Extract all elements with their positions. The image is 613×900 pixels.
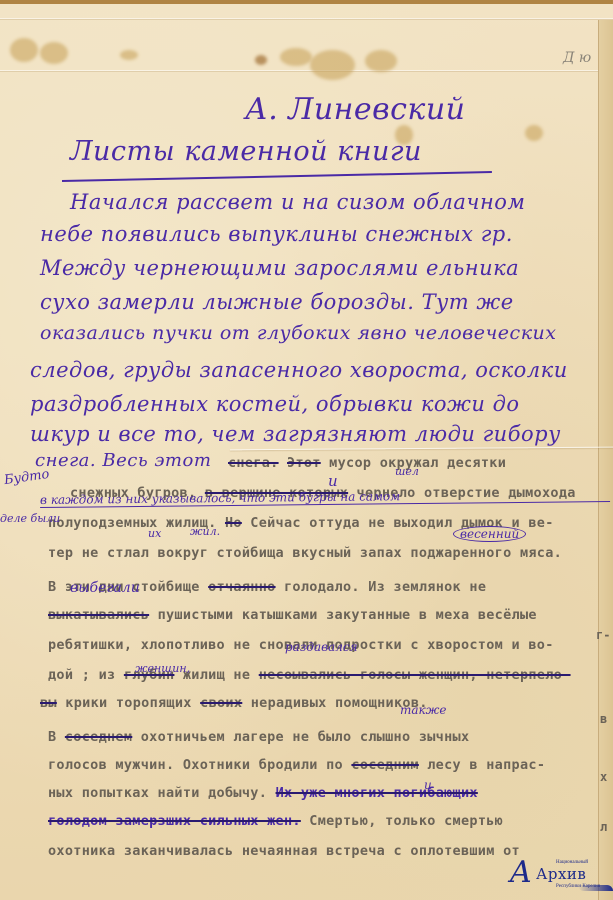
handwritten-line: небе появились выпуклины снежных гр. <box>40 222 513 246</box>
handwritten-line: снега. Весь этот <box>35 450 211 471</box>
handwritten-line: оказались пучки от глубоких явно человеч… <box>40 322 557 344</box>
struck-text: снега. <box>228 455 279 471</box>
handwritten-line: следов, груды запасенного хвороста, оско… <box>30 358 568 382</box>
struck-text: своих <box>200 695 242 711</box>
struck-text: Этот <box>287 455 321 471</box>
ink-insertion: их <box>148 527 161 540</box>
author-name: А. Линевский <box>245 92 465 127</box>
ink-margin-note: деле были <box>0 512 60 525</box>
pencil-mark: Д ю <box>563 50 591 66</box>
manuscript-page: Д ю А. Линевский Листы каменной книги На… <box>0 0 613 900</box>
typed-text: В <box>48 729 65 745</box>
typed-text: лесу в напрас- <box>419 757 545 773</box>
typed-text: голосов мужчин. Охотники бродили по <box>48 757 351 773</box>
ink-insertion: Будто <box>3 467 50 488</box>
ink-insertion: раздавался <box>285 640 358 654</box>
typed-text: пушистыми катышками закутанные в меха ве… <box>149 607 537 623</box>
stain <box>525 125 543 141</box>
handwritten-line: сухо замерли лыжные борозды. Тут же <box>40 290 514 314</box>
struck-text: Их уже многих погибающих <box>276 785 478 801</box>
struck-text: отчаянно <box>208 579 275 595</box>
typed-text: Смертью, только смертью <box>301 813 503 829</box>
typed-text: крики торопящих <box>57 695 200 711</box>
stain <box>10 38 38 62</box>
stain <box>120 50 138 60</box>
typed-line: охотника заканчивалась нечаянная встреча… <box>48 843 520 859</box>
pasted-strip-edge <box>230 447 613 451</box>
handwritten-line: Между чернеющими зарослями ельника <box>40 256 519 280</box>
ink-insertion: жил. <box>190 525 220 538</box>
stain <box>40 42 68 64</box>
ink-insertion: выбегали <box>70 580 140 596</box>
margin-mark: х <box>600 770 607 784</box>
struck-text: соседним <box>351 757 418 773</box>
document-title: Листы каменной книги <box>70 136 422 167</box>
typed-line: дой ; из глубин жилищ не несоывались гол… <box>48 667 571 683</box>
typed-line: В соседнем охотничьем лагере не было слы… <box>48 729 469 745</box>
ink-insertion: и <box>424 778 432 792</box>
struck-text: несоывались голосы женщин, нетерпело- <box>259 667 571 683</box>
page-top-edge <box>0 0 613 4</box>
ink-insertion: шел <box>395 465 419 478</box>
typed-line: тер не стлал вокруг стойбища вкусный зап… <box>48 545 562 561</box>
typed-text: охотничьем лагере не было слышно зычных <box>132 729 469 745</box>
handwritten-line: раздробленных костей, обрывки кожи до <box>30 392 520 416</box>
archive-logo: A Национальный Архив Республики Карелия <box>508 855 613 900</box>
stain <box>280 48 312 66</box>
typed-line: снега. Этот мусор окружал десятки <box>228 455 506 471</box>
typed-line: ных попытках найти добычу. Их уже многих… <box>48 785 478 801</box>
logo-main-text: Архив <box>536 865 586 883</box>
margin-mark: л <box>600 820 607 834</box>
margin-mark: г- <box>596 628 610 642</box>
title-underline <box>62 171 492 182</box>
typed-line: выкатывались пушистыми катышками закутан… <box>48 607 537 623</box>
struck-text: Но <box>225 515 242 531</box>
struck-text: выкатывались <box>48 607 149 623</box>
ink-insertion: женщин, <box>135 662 190 675</box>
fold-line <box>0 18 613 19</box>
logo-letter-icon: A <box>510 855 532 890</box>
ink-insertion: также <box>400 703 446 717</box>
struck-text: соседнем <box>65 729 132 745</box>
typed-text: голодало. Из землянок не <box>276 579 487 595</box>
ink-insertion: и <box>328 472 338 490</box>
typed-line: вы крики торопящих своих нерадивых помощ… <box>40 695 428 711</box>
typed-line: голодом замерзших сильных жен. Смертью, … <box>48 813 503 829</box>
ink-insertion-circled: весенний <box>453 526 526 542</box>
handwritten-line: шкур и все то, чем загрязняют люди гибор… <box>30 422 561 446</box>
typed-text: дой ; из <box>48 667 124 683</box>
struck-text: голодом замерзших сильных жен. <box>48 813 301 829</box>
logo-wing-icon <box>578 885 613 891</box>
stain <box>365 50 397 72</box>
paper-edge-strip <box>598 20 613 900</box>
stain <box>310 50 355 80</box>
margin-mark: в <box>600 712 607 726</box>
typed-line: голосов мужчин. Охотники бродили по сосе… <box>48 757 545 773</box>
stain <box>255 55 267 65</box>
typed-text: ных попытках найти добычу. <box>48 785 276 801</box>
struck-text: вы <box>40 695 57 711</box>
handwritten-line: Начался рассвет и на сизом облачном <box>70 190 525 214</box>
fold-line <box>0 70 613 71</box>
